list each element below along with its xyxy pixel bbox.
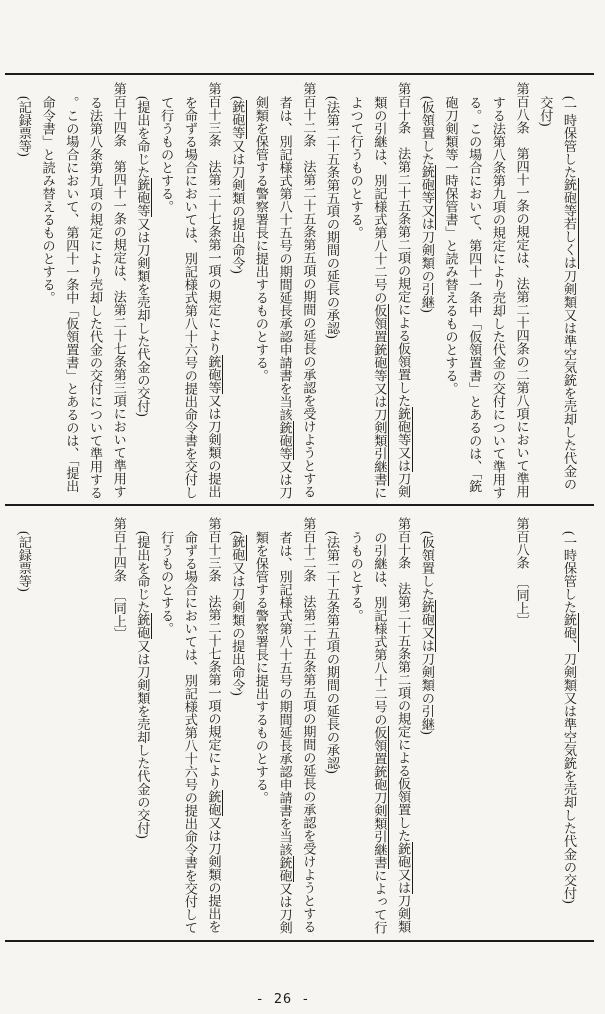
text-column: 第百十二条 法第二十五条第五項の期間の延長の承認を受けようとする: [300, 517, 317, 933]
text-run: 又は刀剣類を売却した代金の交付): [135, 639, 150, 838]
revision-marked-text: 銃砲又は: [396, 842, 413, 894]
text-run: (提出を命じた: [135, 531, 150, 613]
text-column: (提出を命じた銃砲又は刀剣類を売却した代金の交付): [134, 531, 151, 838]
text-column: (記録票等): [16, 531, 33, 591]
text-run: うものとする。: [349, 531, 364, 622]
page-number: - 26 -: [238, 991, 328, 1007]
text-run: 第百十二条 法第二十五条第五項の期間の延長の承認を受けようとする: [301, 517, 316, 933]
text-column: の引継は、別記様式第八十二号の仮領置銃砲刀剣類引継書によって行: [371, 531, 388, 934]
revision-marked-text: 仮領置銃砲刀剣類引継書: [372, 726, 389, 869]
text-run: 第百十条 法第二十五条第二項の規定による仮領置した: [396, 517, 411, 842]
text-run: 第百十三条 法第二十七条第一項の規定により: [207, 517, 222, 790]
text-run: 又は刀剣類の提出を: [207, 816, 222, 933]
text-run: (法第二十五条第五項の期間の延長の承認): [325, 531, 340, 773]
text-run: の引継は、別記様式第八十二号の: [372, 531, 387, 726]
text-run: 類を保管する警察署長に提出するものとする。: [254, 531, 269, 804]
text-column: 第百十四条 〔同上〕: [111, 517, 128, 640]
text-run: (一時保管した: [562, 531, 577, 613]
revision-marked-text: 銃砲: [135, 613, 152, 639]
text-run: 命ずる場合においては、別記様式第八十六号の提出命令書を交付して: [183, 531, 198, 934]
text-run: によって行: [372, 869, 387, 934]
text-run: 者は、別記様式第八十五号の期間延長承認申請書を当該: [278, 531, 293, 856]
text-column: 第百十条 法第二十五条第二項の規定による仮領置した銃砲又は刀剣類: [395, 517, 412, 933]
text-column: うものとする。: [348, 531, 365, 622]
text-column: 者は、別記様式第八十五号の期間延長承認申請書を当該銃砲又は刀剣: [277, 531, 294, 934]
revision-marked-text: 銃砲又は: [420, 600, 437, 652]
text-column: 類を保管する警察署長に提出するものとする。: [253, 531, 270, 804]
text-column: (銃砲又は刀剣類の提出命令): [229, 531, 246, 695]
text-column: (一時保管した銃砲、刀剣類又は準空気銃を売却した代金の交付): [561, 531, 578, 903]
revision-marked-text: 銃砲: [278, 856, 295, 882]
text-column: (法第二十五条第五項の期間の延長の承認): [324, 531, 341, 773]
text-run: 刀剣類の引継): [420, 652, 435, 734]
text-run: 刀剣類又は準空気銃を売却した代金の交付): [562, 652, 577, 903]
text-column: 行うものとする。: [158, 531, 175, 635]
text-run: 刀剣類: [396, 894, 411, 933]
revision-marked-text: 銃砲: [230, 535, 247, 561]
lower-text-section: (一時保管した銃砲、刀剣類又は準空気銃を売却した代金の交付)第百八条 〔同上〕(…: [0, 0, 605, 1014]
text-run: 又は刀剣: [278, 882, 293, 934]
revision-marked-text: 銃砲: [207, 790, 224, 816]
text-column: 第百十三条 法第二十七条第一項の規定により銃砲又は刀剣類の提出を: [206, 517, 223, 933]
text-column: 命ずる場合においては、別記様式第八十六号の提出命令書を交付して: [182, 531, 199, 934]
text-column: (仮領置した銃砲又は刀剣類の引継): [419, 531, 436, 734]
text-run: 第百十四条 〔同上〕: [112, 517, 127, 640]
text-run: 第百八条 〔同上〕: [515, 517, 530, 627]
scanned-document-page: (一時保管した銃砲等若しくは刀剣類又は準空気銃を売却した代金の交付)第百八条 第…: [0, 0, 605, 1014]
text-run: (仮領置した: [420, 531, 435, 600]
text-run: (記録票等): [17, 531, 32, 591]
text-column: 第百八条 〔同上〕: [514, 517, 531, 627]
text-run: 又は刀剣類の提出命令): [230, 561, 245, 695]
text-run: 行うものとする。: [159, 531, 174, 635]
revision-marked-text: 銃砲、: [562, 613, 579, 652]
